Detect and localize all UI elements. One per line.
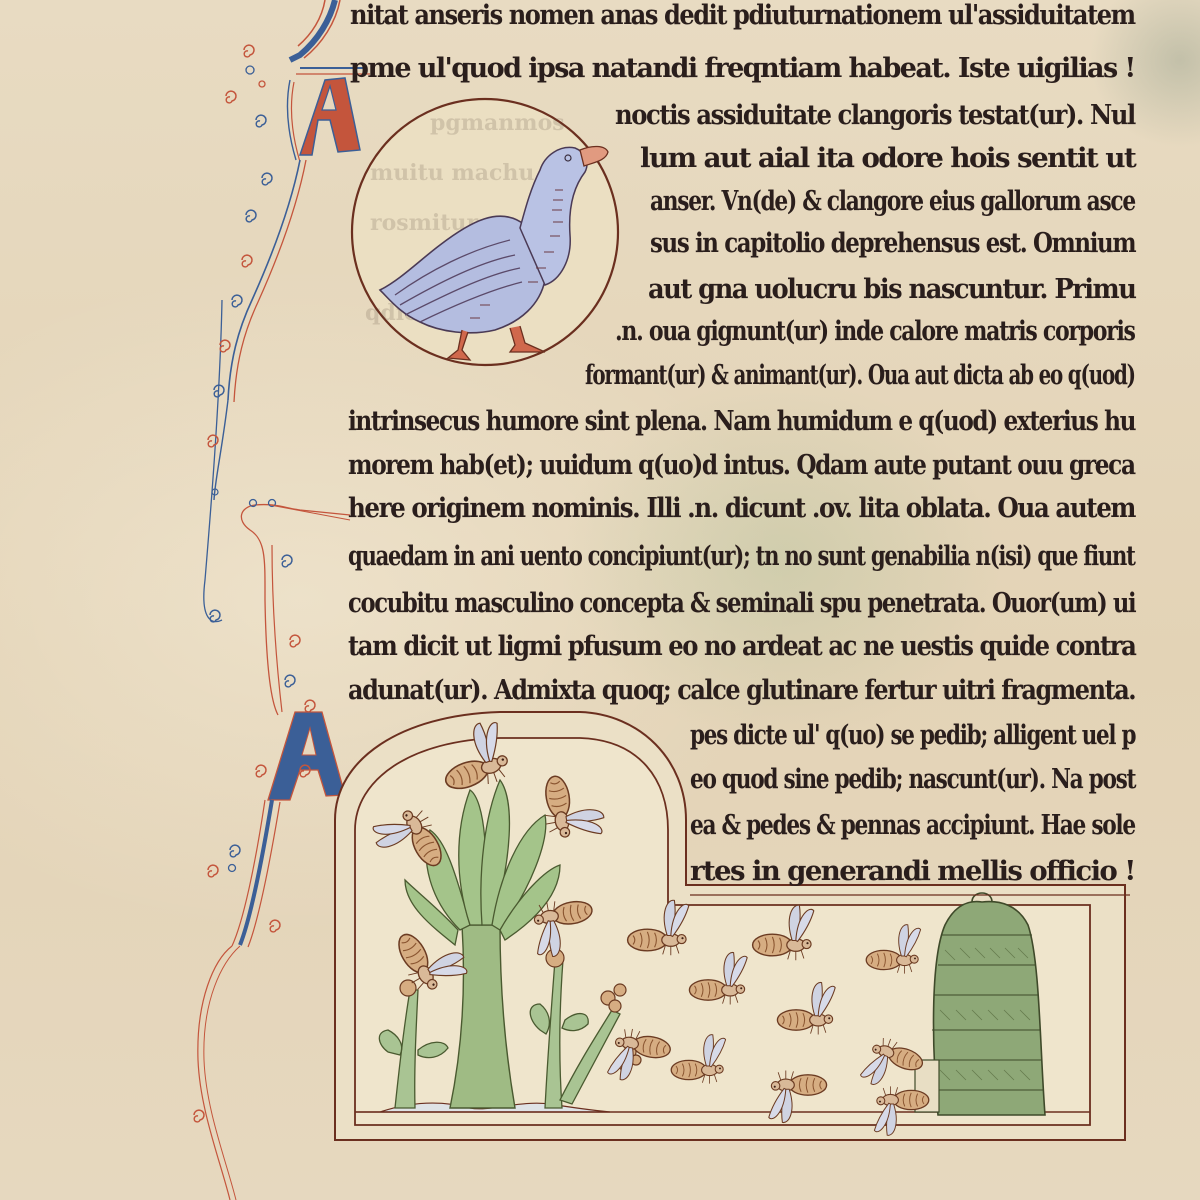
ruling-line [270,505,350,520]
text-line-7: aut gna uolucru bis nascuntur. Primu [648,276,1135,303]
text-line-2: pme ul'quod ipsa natandi freqntiam habea… [350,55,1135,82]
text-line-16: adunat(ur). Admixta quoq; calce glutinar… [348,677,1135,704]
text-line-3: noctis assiduitate clangoris testat(ur).… [615,102,1135,129]
manuscript-folio: pgmanmos muitu machu rosmitur qdicum [0,0,1200,1200]
text-line-15: tam dicit ut ligmi pfusum eo no ardeat a… [348,633,1135,660]
text-line-9: formant(ur) & animant(ur). Oua aut dicta… [585,362,1135,389]
red-initial-A [204,0,370,622]
text-line-4: lum aut aial ita odore hois sentit ut [640,145,1135,172]
text-line-6: sus in capitolio deprehensus est. Omnium [650,230,1135,257]
text-line-5: anser. Vn(de) & clangore eius gallorum a… [650,188,1135,215]
svg-text:pgmanmos: pgmanmos [430,110,565,136]
goose-roundel: pgmanmos muitu machu rosmitur qdicum [352,99,618,365]
text-line-18: eo quod sine pedib; nascunt(ur). Na post [690,766,1135,793]
text-line-14: cocubitu masculino concepta & seminali s… [348,590,1135,617]
text-line-17: pes dicte ul' q(uo) se pedib; alligent u… [690,722,1135,749]
text-line-1: nitat anseris nomen anas dedit pdiuturna… [350,2,1135,29]
text-line-10: intrinsecus humore sint plena. Nam humid… [348,408,1135,435]
text-line-8: .n. oua gignunt(ur) inde calore matris c… [615,318,1135,345]
text-line-20: rtes in generandi mellis officio ! [690,858,1135,885]
text-line-12: here originem nominis. Illi .n. dicunt .… [348,495,1135,522]
text-line-13: quaedam in ani uento concipiunt(ur); tn … [348,543,1135,570]
text-line-11: morem hab(et); uuidum q(uo)d intus. Qdam… [348,452,1135,479]
svg-text:muitu machu: muitu machu [370,160,534,186]
text-line-19: ea & pedes & pennas accipiunt. Hae sole [690,812,1135,839]
